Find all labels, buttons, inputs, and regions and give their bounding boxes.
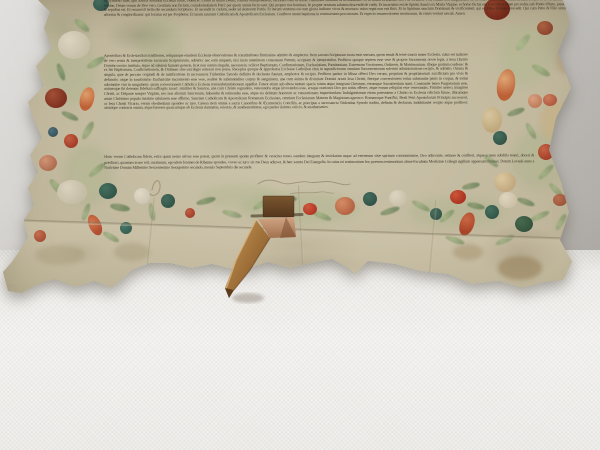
closing-text: Hanc veram Catholicam fidem, extra quam …: [104, 152, 534, 164]
teal-flower: [99, 183, 117, 199]
stain: [453, 244, 483, 260]
document-text: in Symbolo fidei, quo Sancta Romana Eccl…: [104, 0, 571, 184]
stain: [114, 243, 150, 261]
leaf: [554, 213, 568, 232]
rose-flower: [45, 88, 67, 108]
blue-flower: [48, 127, 58, 137]
photo-of-parchment-charter: in Symbolo fidei, quo Sancta Romana Eccl…: [0, 0, 600, 450]
rose-flower: [553, 194, 567, 206]
leaf: [61, 109, 80, 122]
white-flower: [499, 192, 517, 208]
carnation-flower: [64, 134, 78, 148]
peony-flower: [58, 31, 90, 59]
rose-flower: [34, 230, 46, 242]
profession-text: Apostolicas & Ecclesiasticas traditiones…: [104, 53, 468, 154]
ribbon-tab: [263, 196, 294, 217]
leaf: [530, 209, 551, 223]
seal-ribbon: [222, 190, 308, 310]
stain: [35, 245, 85, 265]
teal-flower: [485, 205, 499, 219]
white-flower: [389, 190, 407, 206]
peony-flower: [57, 180, 87, 204]
rose-flower: [39, 155, 57, 171]
star-flower: [450, 190, 466, 204]
leaf: [80, 120, 96, 141]
leaf: [102, 230, 121, 244]
leaf: [110, 202, 131, 212]
leaf: [462, 181, 481, 191]
red-flower: [185, 208, 195, 218]
ribbon-tail: [225, 220, 270, 298]
leaf: [517, 196, 536, 208]
green-flower: [515, 216, 533, 232]
ribbon-shadow: [232, 293, 264, 303]
creed-text: in Symbolo fidei, quo Sancta Romana Eccl…: [104, 0, 567, 54]
leaf: [380, 205, 401, 217]
stain: [498, 256, 542, 280]
